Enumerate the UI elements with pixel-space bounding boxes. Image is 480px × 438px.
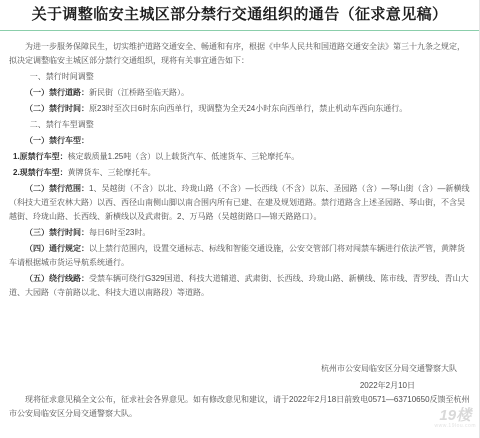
item-label: 2.现禁行车型： (13, 168, 68, 177)
item-text: 每日6时至23时。 (89, 228, 150, 237)
watermark-logo-text: 19楼 (439, 407, 471, 424)
intro-paragraph: 为进一步服务保障民生，切实维护道路交通安全、畅通和有序，根据《中华人民共和国道路… (9, 40, 470, 68)
signature-org: 杭州市公安局临安区分局交通警察大队 (9, 362, 457, 376)
forum-watermark: 19楼 www.19lou.com (434, 408, 476, 429)
item-label: （四）通行规定： (25, 244, 89, 253)
item-label: 1.原禁行车型： (13, 152, 68, 161)
feedback-note: 现将征求意见稿全文公布，征求社会各界意见。如有修改意见和建议，请于2022年2月… (9, 393, 470, 421)
notice-item: （二）禁行时间：原23时至次日6时东向西单行，现调整为全天24小时东向西单行，禁… (9, 102, 470, 116)
notice-item: （三）禁行时间：每日6时至23时。 (9, 226, 470, 240)
notice-item: （一）禁行道路：新民街（江桥路至临天路）。 (9, 86, 470, 100)
notice-item: 1.原禁行车型：核定载质量1.25吨（含）以上载货汽车、低速货车、三轮摩托车。 (9, 150, 470, 164)
item-label: （一）禁行车型： (25, 136, 89, 145)
item-text: 新民街（江桥路至临天路）。 (89, 88, 189, 97)
item-text: 黄牌货车、三轮摩托车。 (68, 168, 156, 177)
item-label: （一）禁行道路： (25, 88, 89, 97)
notice-item: （五）绕行线路：受禁车辆可绕行G329国道、科技大道辅道、武肃街、长西线、玲珑山… (9, 272, 470, 300)
section-1-heading: 一、禁行时间调整 (9, 70, 470, 84)
notice-document: 关于调整临安主城区部分禁行交通组织的通告（征求意见稿） 为进一步服务保障民生，切… (0, 0, 480, 438)
item-label: （二）禁行时间： (25, 104, 89, 113)
section-2-heading: 二、禁行车型调整 (9, 118, 470, 132)
item-label: （二）禁行范围： (25, 184, 89, 193)
watermark-url: www.19lou.com (434, 424, 476, 429)
signature-date: 2022年2月10日 (9, 379, 457, 393)
notice-body: 为进一步服务保障民生，切实维护道路交通安全、畅通和有序，根据《中华人民共和国道路… (0, 31, 479, 421)
notice-item: 2.现禁行车型：黄牌货车、三轮摩托车。 (9, 166, 470, 180)
item-label: （三）禁行时间： (25, 228, 89, 237)
signature-block: 杭州市公安局临安区分局交通警察大队 2022年2月10日 (9, 362, 470, 393)
item-text: 核定载质量1.25吨（含）以上载货汽车、低速货车、三轮摩托车。 (68, 152, 300, 161)
notice-item: （二）禁行范围：1、吴越街（不含）以北、玲珑山路（不含）—长西线（不含）以东、圣… (9, 182, 470, 224)
notice-item: （四）通行规定：以上禁行范围内，设置交通标志、标线和智能交通设施，公安交管部门将… (9, 242, 470, 270)
page-title: 关于调整临安主城区部分禁行交通组织的通告（征求意见稿） (12, 6, 467, 25)
item-label: （五）绕行线路： (25, 274, 89, 283)
item-text: 原23时至次日6时东向西单行，现调整为全天24小时东向西单行，禁止机动车西向东通… (89, 104, 407, 113)
notice-item: （一）禁行车型： (9, 134, 470, 148)
